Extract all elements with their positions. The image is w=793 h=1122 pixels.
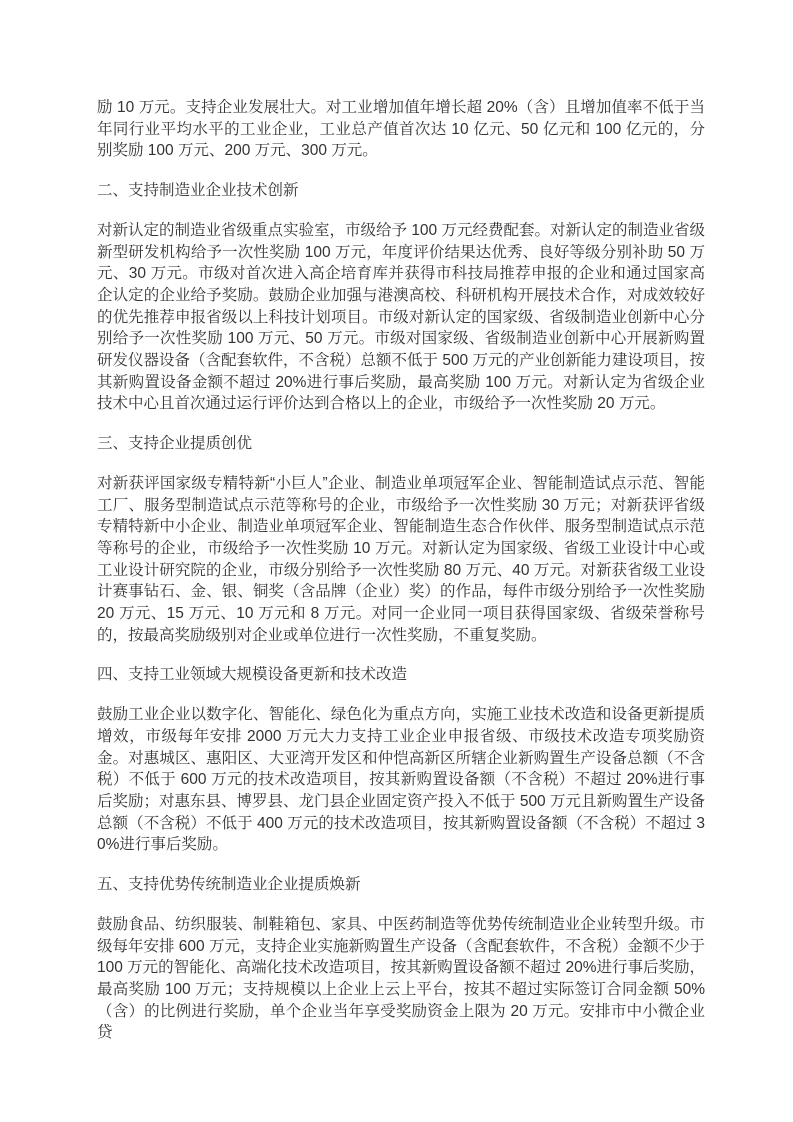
document-page: 励 10 万元。支持企业发展壮大。对工业增加值年增长超 20%（含）且增加值率不… [0, 0, 793, 1122]
section-body-2: 对新认定的制造业省级重点实验室，市级给予 100 万元经费配套。对新认定的制造业… [97, 220, 705, 415]
section-heading-2: 二、支持制造业企业技术创新 [97, 180, 705, 202]
section-heading-3: 三、支持企业提质创优 [97, 433, 705, 455]
section-body-5: 鼓励食品、纺织服装、制鞋箱包、家具、中医药制造等优势传统制造业企业转型升级。市级… [97, 914, 705, 1044]
section-heading-4: 四、支持工业领域大规模设备更新和技术改造 [97, 664, 705, 686]
section-body-3: 对新获评国家级专精特新“小巨人”企业、制造业单项冠军企业、智能制造试点示范、智能… [97, 473, 705, 647]
section-body-4: 鼓励工业企业以数字化、智能化、绿色化为重点方向，实施工业技术改造和设备更新提质增… [97, 704, 705, 856]
section-heading-5: 五、支持优势传统制造业企业提质焕新 [97, 874, 705, 896]
intro-paragraph-continuation: 励 10 万元。支持企业发展壮大。对工业增加值年增长超 20%（含）且增加值率不… [97, 97, 705, 162]
